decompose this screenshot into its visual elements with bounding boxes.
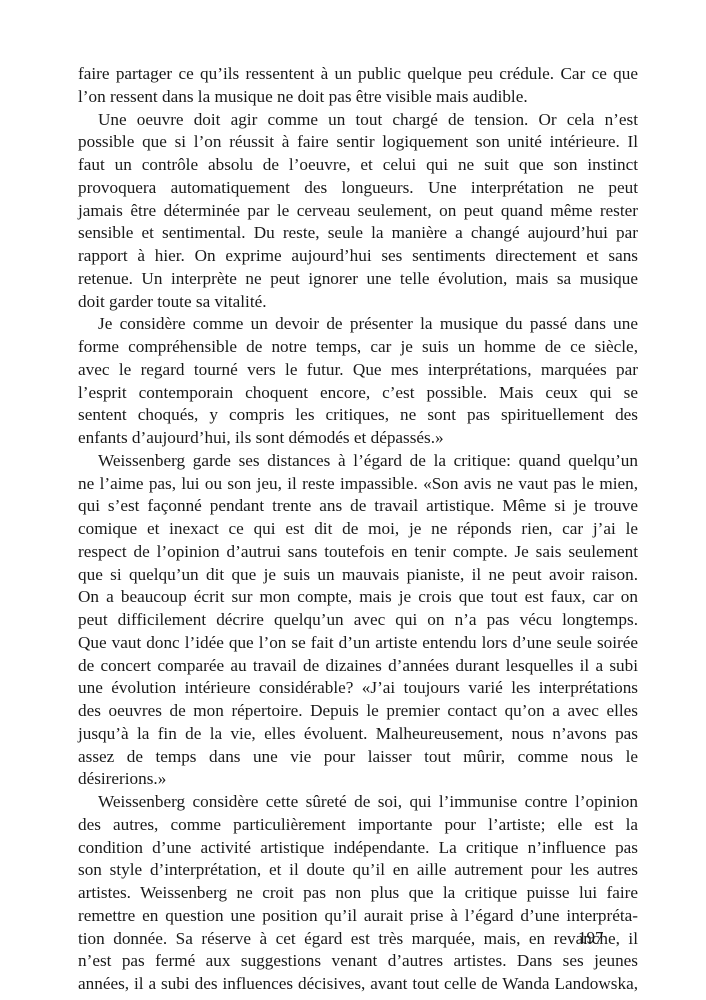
text-line: faire partager ce qu’ils ressentent à un…	[78, 63, 638, 86]
text-line: l’on ressent dans la musique ne doit pas…	[78, 86, 638, 109]
text-line: possible que si l’on réussit à faire sen…	[78, 131, 638, 154]
paragraph: faire partager ce qu’ils ressentent à un…	[78, 63, 638, 109]
text-line: Je considère comme un devoir de présente…	[78, 313, 638, 336]
text-line: avec le regard tourné vers le futur. Que…	[78, 359, 638, 382]
text-line: respect de l’opinion d’autrui sans toute…	[78, 541, 638, 564]
text-line: assez de temps dans une vie pour laisser…	[78, 746, 638, 769]
paragraph: Weissenberg garde ses distances à l’égar…	[78, 450, 638, 791]
text-line: des oeuvres de mon répertoire. Depuis le…	[78, 700, 638, 723]
text-line: condition d’une activité artistique indé…	[78, 837, 638, 860]
text-line: une évolution intérieure considérable? «…	[78, 677, 638, 700]
text-line: enfants d’aujourd’hui, ils sont démodés …	[78, 427, 638, 450]
text-line: forme compréhensible de notre temps, car…	[78, 336, 638, 359]
text-line: peut difficilement décrire quelqu’un ave…	[78, 609, 638, 632]
paragraph: Une oeuvre doit agir comme un tout charg…	[78, 109, 638, 314]
text-line: jusqu’à la fin de la vie, elles évoluent…	[78, 723, 638, 746]
text-line: Weissenberg garde ses distances à l’égar…	[78, 450, 638, 473]
text-line: On a beaucoup écrit sur mon compte, mais…	[78, 586, 638, 609]
text-line: ne l’aime pas, lui ou son jeu, il reste …	[78, 473, 638, 496]
text-line: son style d’interprétation, et il doute …	[78, 859, 638, 882]
text-line: de concert comparée au travail de dizain…	[78, 655, 638, 678]
text-line: faut un contrôle absolu de l’oeuvre, et …	[78, 154, 638, 177]
text-line: Une oeuvre doit agir comme un tout charg…	[78, 109, 638, 132]
text-line: tion donnée. Sa réserve à cet égard est …	[78, 928, 638, 951]
text-line: artistes. Weissenberg ne croit pas non p…	[78, 882, 638, 905]
text-line: n’est pas fermé aux suggestions venant d…	[78, 950, 638, 973]
text-line: l’esprit contemporain choquent encore, c…	[78, 382, 638, 405]
text-line: jamais être déterminée par le cerveau se…	[78, 200, 638, 223]
text-line: doit garder toute sa vitalité.	[78, 291, 638, 314]
text-line: sensible et sentimental. Du reste, seule…	[78, 222, 638, 245]
text-line: sentent choqués, y compris les critiques…	[78, 404, 638, 427]
paragraph: Weissenberg considère cette sûreté de so…	[78, 791, 638, 996]
page-number: 197	[578, 928, 604, 948]
paragraph: Je considère comme un devoir de présente…	[78, 313, 638, 450]
text-line: désirerions.»	[78, 768, 638, 791]
text-line: qui s’est façonné pendant trente ans de …	[78, 495, 638, 518]
text-line: remettre en question une position qu’il …	[78, 905, 638, 928]
text-line: retenue. Un interprète ne peut ignorer u…	[78, 268, 638, 291]
text-line: années, il a subi des influences décisiv…	[78, 973, 638, 996]
text-line: Que vaut donc l’idée que l’on se fait d’…	[78, 632, 638, 655]
text-line: des autres, comme particulièrement impor…	[78, 814, 638, 837]
text-line: rapport à hier. On exprime aujourd’hui s…	[78, 245, 638, 268]
page-body: faire partager ce qu’ils ressentent à un…	[78, 63, 638, 996]
text-line: provoquera automatiquement des longueurs…	[78, 177, 638, 200]
text-line: que si quelqu’un dit que je suis un mauv…	[78, 564, 638, 587]
text-line: Weissenberg considère cette sûreté de so…	[78, 791, 638, 814]
text-line: comique et inexact ce qui est dit de moi…	[78, 518, 638, 541]
